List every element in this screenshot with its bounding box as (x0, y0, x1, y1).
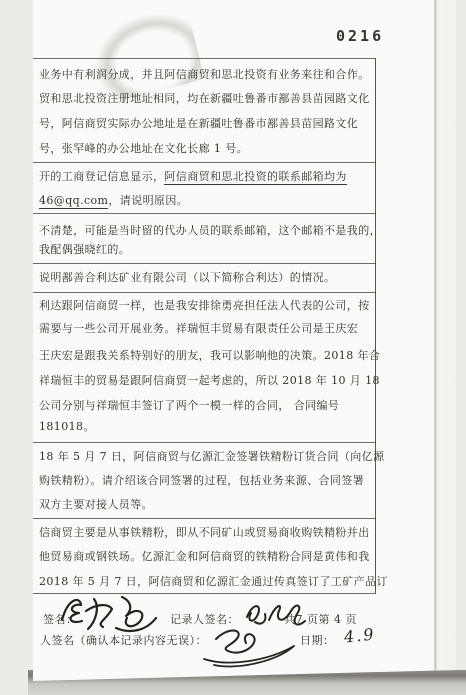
text-line: 双方主要对接人员等。 (39, 496, 153, 512)
text-segment: 开的工商登记信息显示， (39, 170, 164, 183)
underlined-text-segment: 阿信商贸和思北投资的联系邮箱均为 (164, 170, 346, 185)
text-segment: ，请说明原因。 (108, 194, 188, 207)
text-line: 购铁精粉）。请介绍该合同签署的过程，包括业务来源、合同签署 (39, 472, 364, 488)
row-separator (33, 518, 376, 519)
text-line: 公司分别与祥瑞恒丰签订了两个一模一样的合同， 合同编号 (39, 397, 339, 413)
text-line: 我配偶强晓红的。 (39, 241, 130, 257)
handwritten-signature-confirm (196, 622, 306, 670)
text-line: 不清楚，可能是当时留的代办人员的联系邮箱，这个邮箱不是我的， (39, 222, 381, 238)
text-line: 46@qq.com，请说明原因。 (39, 192, 188, 208)
text-line: 他贸易商或钢铁场。亿源汇金和阿信商贸的铁精粉合同是黄伟和我 (39, 548, 370, 564)
text-line: 号，张罕峰的办公地址在文化长廊 1 号。 (39, 140, 248, 156)
confirm-signature-label: 人签名（确认本记录内容无误）： (40, 632, 207, 648)
paper-sheet: 0216 业务中有利润分成，并且阿信商贸和思北投资有业务来往和合作。 贸和思北投… (33, 0, 456, 684)
handwritten-date: 4.9 (343, 624, 376, 646)
underlined-email-text: 46@qq.com (39, 194, 108, 209)
text-line: 2018 年 5 月 7 日，阿信商贸和亿源汇金通过传真签订了工矿产品订 (39, 573, 388, 589)
text-line: 号，阿信商贸实际办公地址是在新疆吐鲁番市鄯善县苗园路文化 (39, 115, 358, 131)
paper-edge-shade (437, 0, 456, 672)
text-line: 开的工商登记信息显示，阿信商贸和思北投资的联系邮箱均为 (39, 168, 347, 184)
text-line: 祥瑞恒丰的贸易是跟阿信商贸一起考虑的，所以 2018 年 10 月 18 (39, 372, 380, 388)
row-separator (33, 162, 376, 163)
text-line: 贸和思北投资注册地址相同，均在新疆吐鲁番市鄯善县苗园路文化 (39, 90, 370, 106)
scanned-document-page: 0216 业务中有利润分成，并且阿信商贸和思北投资有业务来往和合作。 贸和思北投… (0, 0, 466, 695)
text-line: 业务中有利润分成，并且阿信商贸和思北投资有业务来往和合作。 (39, 66, 370, 82)
page-number-stamp: 0216 (336, 27, 384, 45)
row-separator (33, 442, 376, 443)
text-line: 18 年 5 月 7 日，阿信商贸与亿源汇金签署铁精粉订货合同（向亿源 (39, 448, 384, 464)
table-border-right (375, 58, 376, 593)
text-line: 利达跟阿信商贸一样，也是我安排徐勇亮担任法人代表的公司，按 (39, 297, 370, 313)
text-line: 信商贸主要是从事铁精粉，即从不同矿山或贸易商收购铁精粉并出 (39, 524, 370, 540)
table-border-top (33, 58, 376, 59)
row-separator (33, 292, 376, 293)
row-separator (33, 213, 376, 214)
text-line: 说明鄯善合利达矿业有限公司（以下简称合利达）的情况。 (39, 269, 335, 285)
handwritten-signature-respondent (58, 590, 164, 636)
date-label: 日期： (300, 632, 335, 648)
text-line: 王庆宏是跟我关系特别好的朋友，我可以影响他的决策。2018 年合 (39, 347, 380, 363)
text-line: 需要与一些公司开展业务。祥瑞恒丰贸易有限责任公司是王庆宏 (39, 320, 358, 336)
text-line: 181018。 (39, 418, 95, 434)
row-separator (33, 263, 376, 264)
